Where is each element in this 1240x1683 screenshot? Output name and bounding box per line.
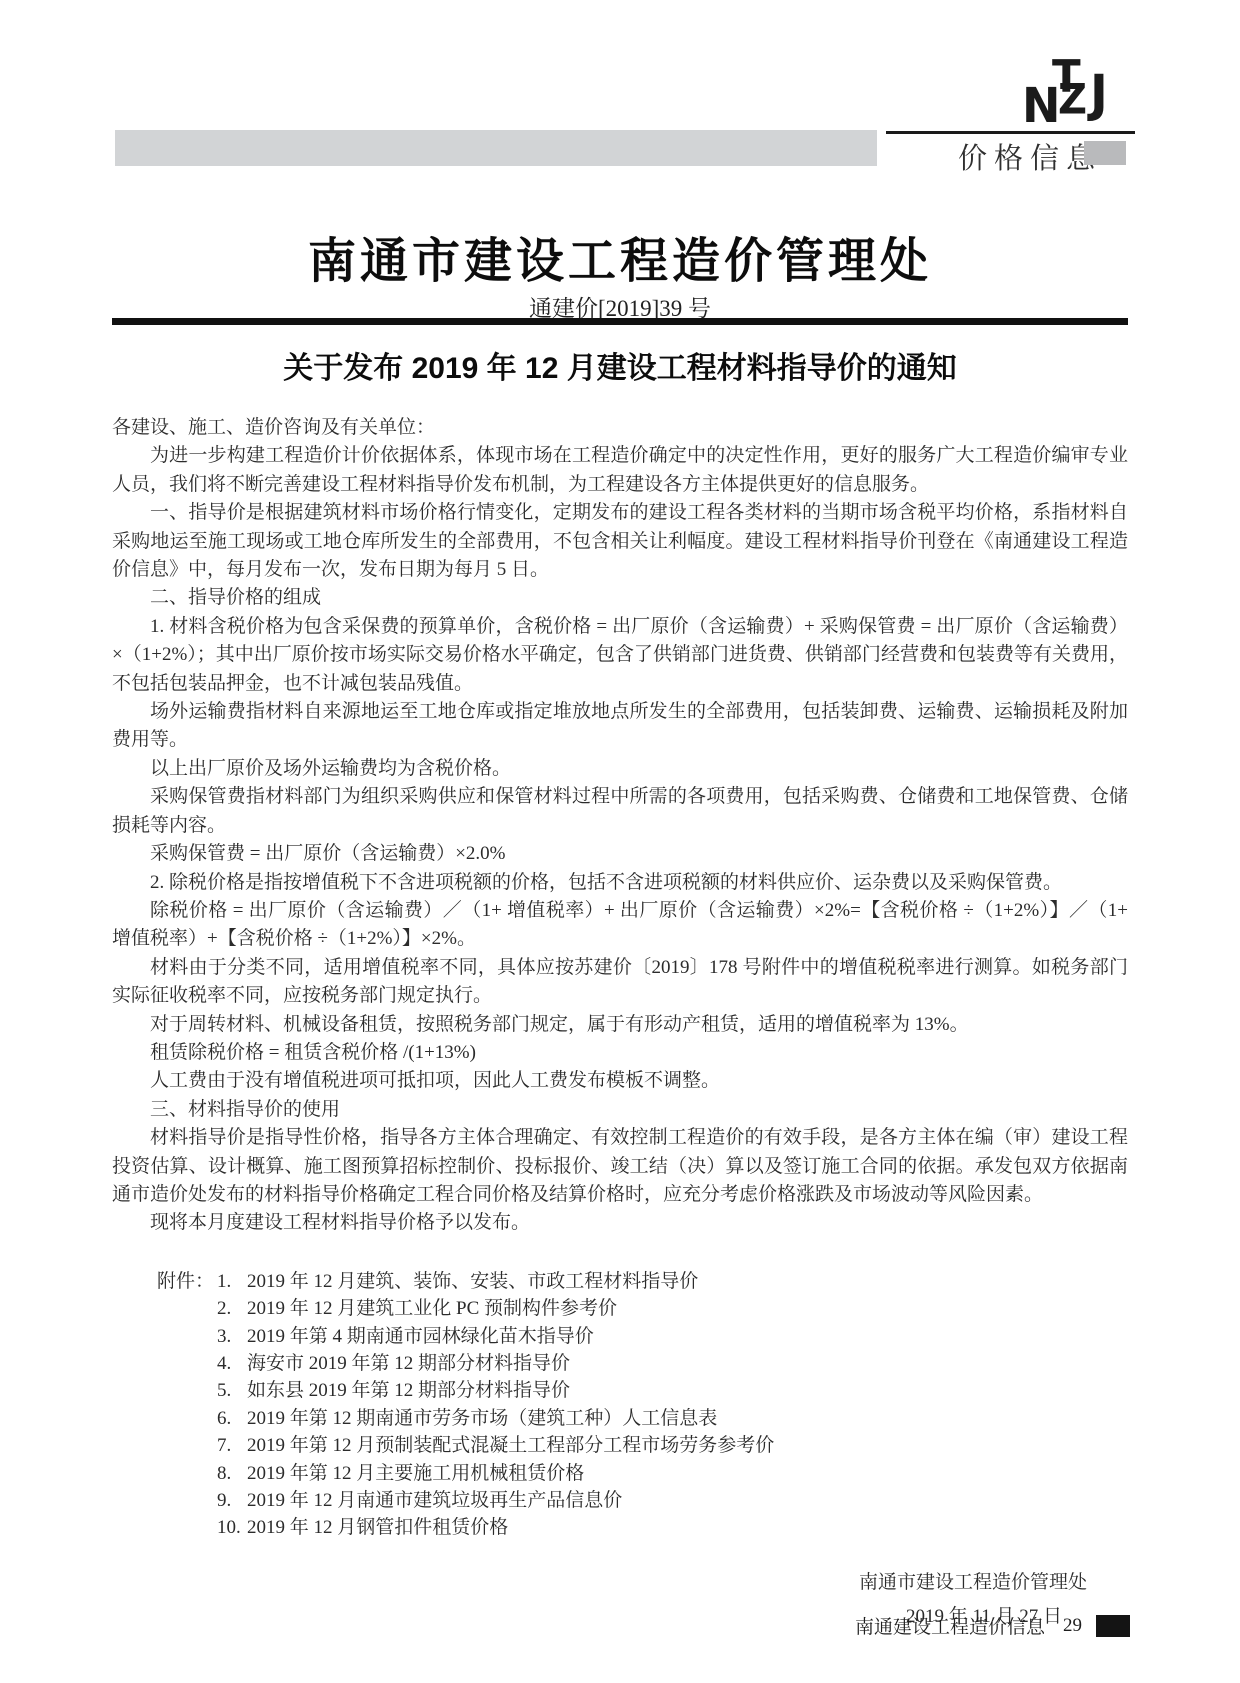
logo-letter-z: Z: [1058, 79, 1087, 121]
attachment-title: 2019 年第 4 期南通市园林绿化苗木指导价: [247, 1323, 594, 1350]
attachment-item: 6. 2019 年第 12 期南通市劳务市场（建筑工种）人工信息表: [217, 1405, 774, 1432]
body-paragraph: 二、指导价格的组成: [112, 584, 1128, 612]
body-paragraph: 现将本月度建设工程材料指导价格予以发布。: [112, 1209, 1128, 1237]
body-paragraph: 三、材料指导价的使用: [112, 1096, 1128, 1124]
body-paragraph: 1. 材料含税价格为包含采保费的预算单价，含税价格 = 出厂原价（含运输费）+ …: [112, 613, 1128, 698]
body-paragraph: 2. 除税价格是指按增值税下不含进项税额的价格，包括不含进项税额的材料供应价、运…: [112, 869, 1128, 897]
body-paragraph: 人工费由于没有增值税进项可抵扣项，因此人工费发布模板不调整。: [112, 1067, 1128, 1095]
attachment-number: 7.: [217, 1432, 247, 1459]
attachment-title: 2019 年第 12 月预制装配式混凝土工程部分工程市场劳务参考价: [247, 1432, 774, 1459]
footer-black-square: [1096, 1615, 1130, 1637]
attachment-item: 4. 海安市 2019 年第 12 期部分材料指导价: [217, 1350, 774, 1377]
attachment-number: 6.: [217, 1405, 247, 1432]
notice-title: 关于发布 2019 年 12 月建设工程材料指导价的通知: [0, 343, 1240, 387]
attachment-item: 2. 2019 年 12 月建筑工业化 PC 预制构件参考价: [217, 1295, 774, 1322]
attachment-number: 1.: [217, 1268, 247, 1295]
salutation: 各建设、施工、造价咨询及有关单位：: [112, 414, 1128, 442]
paragraph-list: 为进一步构建工程造价计价依据体系，体现市场在工程造价确定中的决定性作用，更好的服…: [112, 442, 1128, 1237]
attachment-title: 如东县 2019 年第 12 期部分材料指导价: [247, 1377, 570, 1404]
body-paragraph: 除税价格 = 出厂原价（含运输费）／（1+ 增值税率）+ 出厂原价（含运输费）×…: [112, 897, 1128, 954]
body-paragraph: 一、指导价是根据建筑材料市场价格行情变化，定期发布的建设工程各类材料的当期市场含…: [112, 499, 1128, 584]
attachments-list: 1. 2019 年 12 月建筑、装饰、安装、市政工程材料指导价 2. 2019…: [217, 1268, 774, 1542]
attachment-number: 10.: [217, 1514, 247, 1541]
page-footer: 南通建设工程造价信息 29: [0, 1612, 1240, 1639]
body-paragraph: 材料由于分类不同，适用增值税率不同，具体应按苏建价〔2019〕178 号附件中的…: [112, 954, 1128, 1011]
body-paragraph: 场外运输费指材料自来源地运至工地仓库或指定堆放地点所发生的全部费用，包括装卸费、…: [112, 698, 1128, 755]
attachment-item: 3. 2019 年第 4 期南通市园林绿化苗木指导价: [217, 1323, 774, 1350]
header-gray-bar: [115, 130, 877, 166]
body-paragraph: 为进一步构建工程造价计价依据体系，体现市场在工程造价确定中的决定性作用，更好的服…: [112, 442, 1128, 499]
body-paragraph: 采购保管费指材料部门为组织采购供应和保管材料过程中所需的各项费用，包括采购费、仓…: [112, 783, 1128, 840]
signature-organization: 南通市建设工程造价管理处: [112, 1566, 1128, 1600]
attachments-block: 附件： 1. 2019 年 12 月建筑、装饰、安装、市政工程材料指导价 2. …: [157, 1268, 1128, 1542]
attachment-number: 3.: [217, 1323, 247, 1350]
body-paragraph: 租赁除税价格 = 租赁含税价格 /(1+13%): [112, 1039, 1128, 1067]
footer-journal-name: 南通建设工程造价信息: [855, 1612, 1045, 1639]
attachment-item: 9. 2019 年 12 月南通市建筑垃圾再生产品信息价: [217, 1487, 774, 1514]
attachment-item: 8. 2019 年第 12 月主要施工用机械租赁价格: [217, 1460, 774, 1487]
masthead-divider: [112, 318, 1128, 325]
notice-body: 各建设、施工、造价咨询及有关单位： 为进一步构建工程造价计价依据体系，体现市场在…: [112, 414, 1128, 1634]
footer-page-number: 29: [1063, 1615, 1082, 1637]
attachments-label: 附件：: [157, 1268, 217, 1542]
attachment-number: 9.: [217, 1487, 247, 1514]
attachment-number: 2.: [217, 1295, 247, 1322]
body-paragraph: 采购保管费 = 出厂原价（含运输费）×2.0%: [112, 840, 1128, 868]
tagline: 价格信息: [958, 136, 1102, 177]
attachment-item: 5. 如东县 2019 年第 12 期部分材料指导价: [217, 1377, 774, 1404]
attachment-title: 2019 年 12 月南通市建筑垃圾再生产品信息价: [247, 1487, 622, 1514]
attachment-title: 海安市 2019 年第 12 期部分材料指导价: [247, 1350, 570, 1377]
tagline-gray-square: [1084, 141, 1126, 165]
attachment-title: 2019 年第 12 期南通市劳务市场（建筑工种）人工信息表: [247, 1405, 717, 1432]
body-paragraph: 以上出厂原价及场外运输费均为含税价格。: [112, 755, 1128, 783]
attachment-item: 10. 2019 年 12 月钢管扣件租赁价格: [217, 1514, 774, 1541]
attachment-number: 4.: [217, 1350, 247, 1377]
attachment-title: 2019 年 12 月建筑、装饰、安装、市政工程材料指导价: [247, 1268, 698, 1295]
attachment-title: 2019 年第 12 月主要施工用机械租赁价格: [247, 1460, 584, 1487]
attachment-number: 8.: [217, 1460, 247, 1487]
logo-letter-j: J: [1090, 69, 1108, 119]
body-paragraph: 材料指导价是指导性价格，指导各方主体合理确定、有效控制工程造价的有效手段，是各方…: [112, 1124, 1128, 1209]
logo-underline: [886, 131, 1135, 134]
document-page: N T Z J 价格信息 南通市建设工程造价管理处 通建价[2019]39 号 …: [0, 0, 1240, 1683]
organization-title: 南通市建设工程造价管理处: [0, 222, 1240, 291]
attachment-title: 2019 年 12 月建筑工业化 PC 预制构件参考价: [247, 1295, 617, 1322]
attachment-title: 2019 年 12 月钢管扣件租赁价格: [247, 1514, 508, 1541]
body-paragraph: 对于周转材料、机械设备租赁，按照税务部门规定，属于有形动产租赁，适用的增值税率为…: [112, 1011, 1128, 1039]
attachment-item: 7. 2019 年第 12 月预制装配式混凝土工程部分工程市场劳务参考价: [217, 1432, 774, 1459]
ntzj-logo-icon: N T Z J: [1022, 58, 1134, 134]
attachment-number: 5.: [217, 1377, 247, 1404]
attachment-item: 1. 2019 年 12 月建筑、装饰、安装、市政工程材料指导价: [217, 1268, 774, 1295]
